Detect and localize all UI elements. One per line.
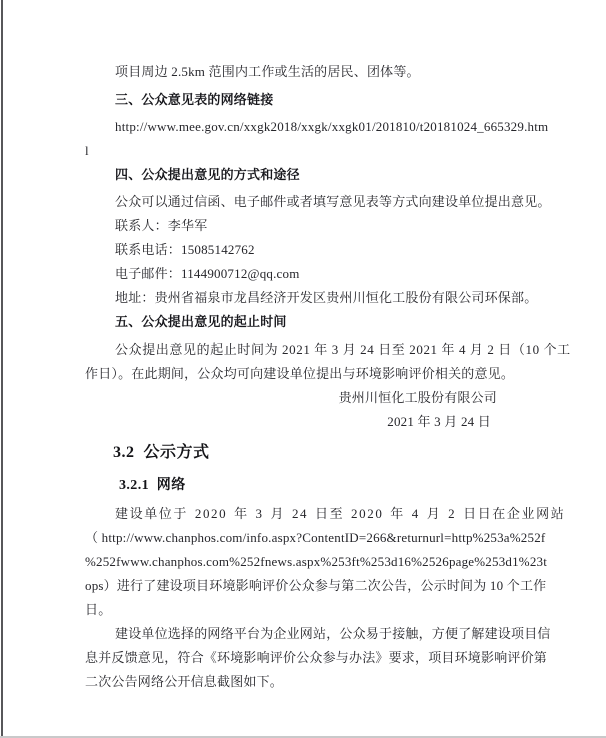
para-feedback-methods: 公众可以通过信函、电子邮件或者填写意见表等方式向建设单位提出意见。: [85, 190, 525, 214]
heading-3-2: 3.2 公示方式: [85, 440, 525, 466]
para-platform-line-2: 息并反馈意见，符合《环境影响评价公众参与办法》要求，项目环境影响评价第: [85, 646, 525, 670]
para-network-line-5: 日。: [85, 598, 525, 622]
heading-3-2-1: 3.2.1 网络: [85, 474, 525, 498]
para-deadline-line-2: 作日）。在此期间，公众均可向建设单位提出与环境影响评价相关的意见。: [85, 362, 525, 386]
heading-section-4: 四、公众提出意见的方式和途径: [85, 163, 525, 187]
para-network-line-2: （ http://www.chanphos.com/info.aspx?Cont…: [85, 526, 525, 550]
para-audience-scope: 项目周边 2.5km 范围内工作或生活的居民、团体等。: [85, 60, 525, 84]
para-platform-line-3: 二次公告网络公开信息截图如下。: [85, 670, 525, 694]
contact-person: 联系人：李华军: [85, 214, 525, 238]
contact-email: 电子邮件：1144900712@qq.com: [85, 262, 525, 286]
para-deadline-line-1: 公众提出意见的起止时间为 2021 年 3 月 24 日至 2021 年 4 月…: [85, 338, 525, 362]
contact-address: 地址：贵州省福泉市龙昌经济开发区贵州川恒化工股份有限公司环保部。: [85, 286, 525, 310]
heading-section-5: 五、公众提出意见的起止时间: [85, 310, 525, 334]
url-mee-line-2: l: [85, 139, 525, 163]
page-left-edge-line: [1, 0, 3, 738]
url-mee-line-1: http://www.mee.gov.cn/xxgk2018/xxgk/xxgk…: [85, 115, 525, 139]
heading-section-3: 三、公众意见表的网络链接: [85, 88, 525, 112]
signature-date: 2021 年 3 月 24 日: [85, 410, 525, 434]
contact-phone: 联系电话：15085142762: [85, 238, 525, 262]
page-content: 项目周边 2.5km 范围内工作或生活的居民、团体等。 三、公众意见表的网络链接…: [85, 60, 525, 694]
para-network-line-1: 建设单位于 2020 年 3 月 24 日至 2020 年 4 月 2 日日在企…: [85, 502, 525, 526]
para-platform-line-1: 建设单位选择的网络平台为企业网站，公众易于接触，方便了解建设项目信: [85, 622, 525, 646]
signature-company: 贵州川恒化工股份有限公司: [85, 386, 525, 410]
para-network-line-3: %252fwww.chanphos.com%252fnews.aspx%253f…: [85, 550, 525, 574]
para-network-line-4: ops）进行了建设项目环境影响评价公众参与第二次公告，公示时间为 10 个工作: [85, 574, 525, 598]
document-page: 项目周边 2.5km 范围内工作或生活的居民、团体等。 三、公众意见表的网络链接…: [0, 0, 606, 738]
